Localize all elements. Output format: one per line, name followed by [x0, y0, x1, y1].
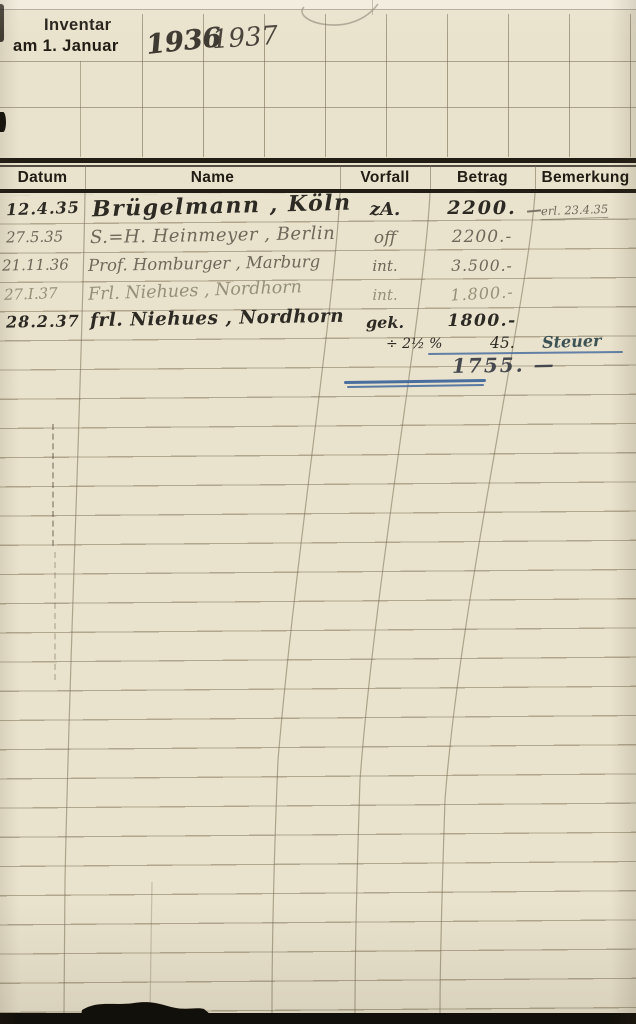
row-datum: 27.I.37: [4, 284, 58, 304]
deduction-label: ÷ 2½ %: [386, 336, 442, 352]
total-amount: 1755. —: [452, 352, 556, 378]
bottom-edge-blot: [62, 997, 262, 1024]
remark-text: erl. 23.4.35: [541, 202, 609, 220]
deduction-amount: 45.: [490, 334, 515, 352]
inventory-ledger-card: Inventar am 1. Januar 1936 1937 Datum Na…: [0, 0, 636, 1024]
row-bemerkung: erl. 23.4.35: [541, 202, 609, 218]
crease-mark: [52, 424, 54, 546]
row-betrag: 1800.-: [432, 311, 532, 331]
row-datum: 21.11.36: [2, 255, 69, 274]
row-datum: 27.5.35: [6, 228, 64, 247]
row-name: Prof. Homburger , Marburg: [88, 252, 320, 275]
row-betrag: 3.500.-: [432, 257, 532, 275]
row-name: frl. Niehues , Nordhorn: [90, 306, 344, 331]
row-betrag: 2200.: [432, 197, 532, 219]
crease-mark: [54, 552, 56, 680]
row-datum: 28.2.37: [6, 311, 80, 331]
deduction-note: Steuer: [542, 331, 602, 352]
row-datum: 12.4.35: [6, 198, 80, 220]
row-vorfall: off: [340, 228, 430, 248]
row-vorfall: int.: [340, 286, 430, 304]
row-vorfall: int.: [340, 257, 430, 275]
column-dividers: [0, 0, 636, 1024]
row-name: S.=H. Heinmeyer , Berlin: [90, 223, 336, 248]
row-betrag: 2200.-: [432, 227, 532, 247]
row-vorfall: gek.: [340, 313, 430, 332]
row-vorfall: zA.: [340, 199, 430, 220]
